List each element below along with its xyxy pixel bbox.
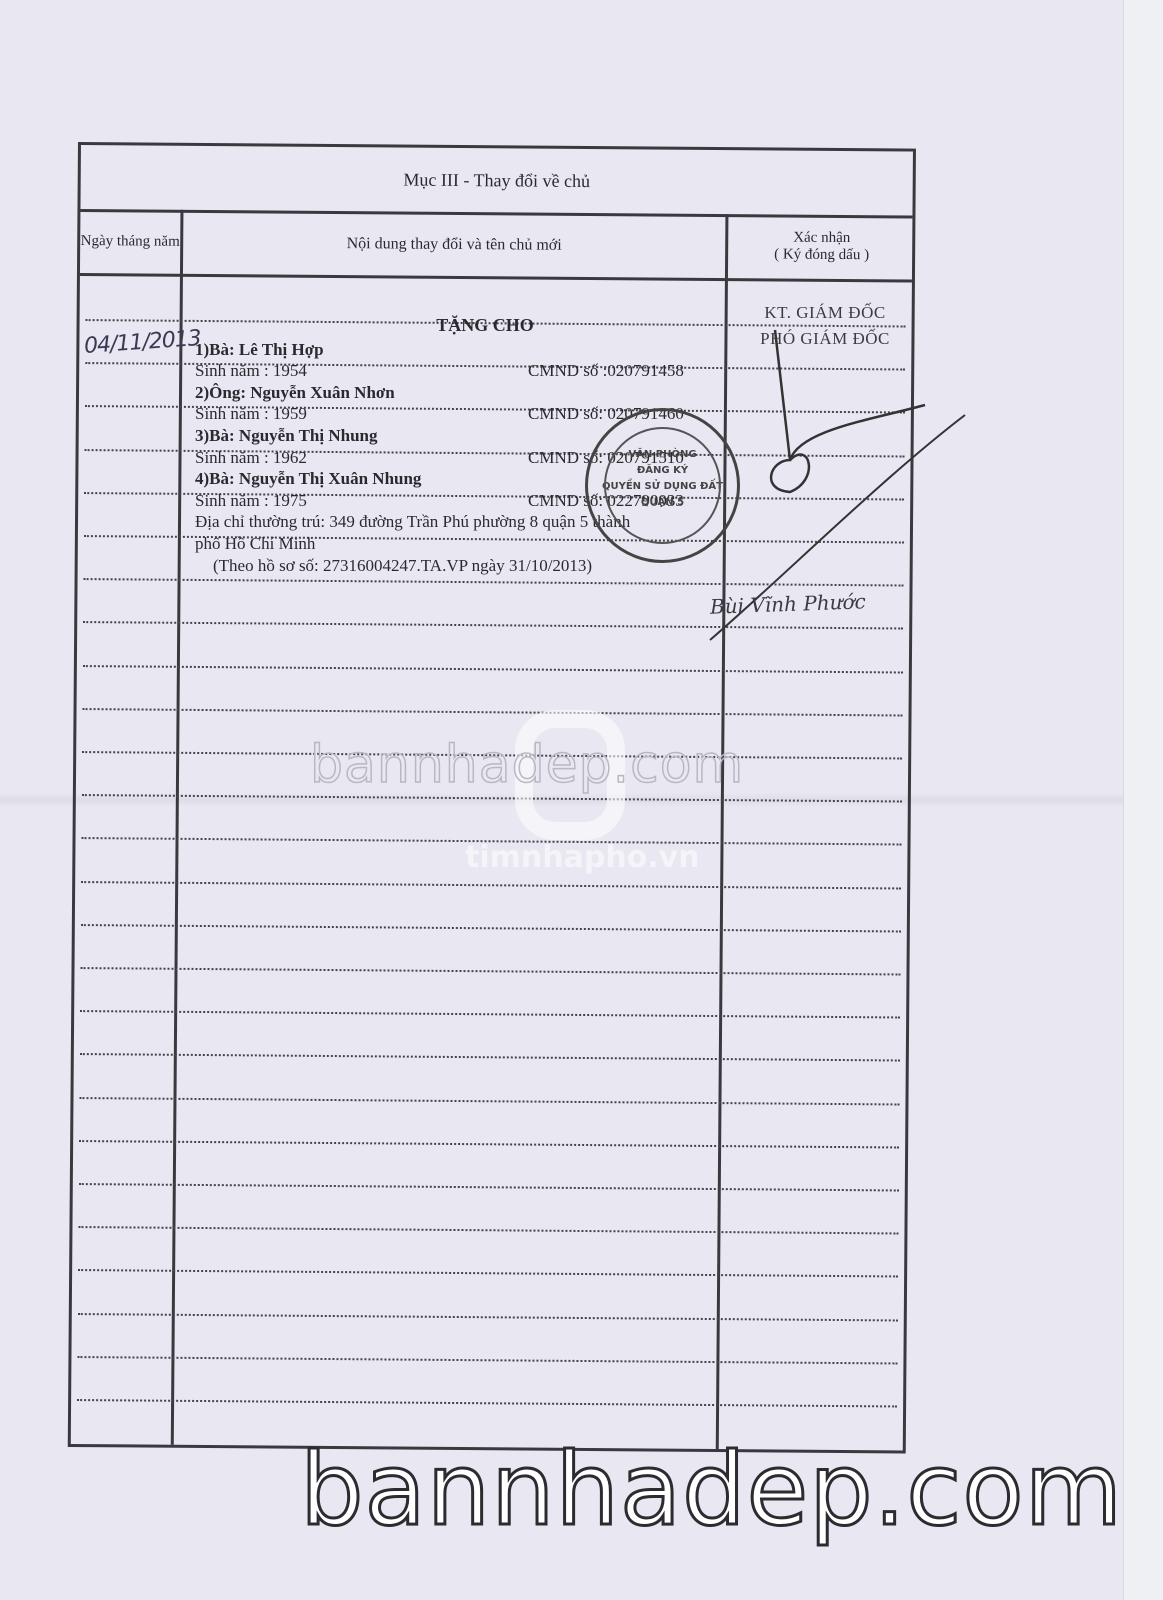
watermark-center: bannhadep.com [310, 735, 744, 795]
watermark-bottom: bannhadep.com [300, 1435, 1123, 1545]
watermark-sub: timnhapho.vn [465, 840, 700, 875]
